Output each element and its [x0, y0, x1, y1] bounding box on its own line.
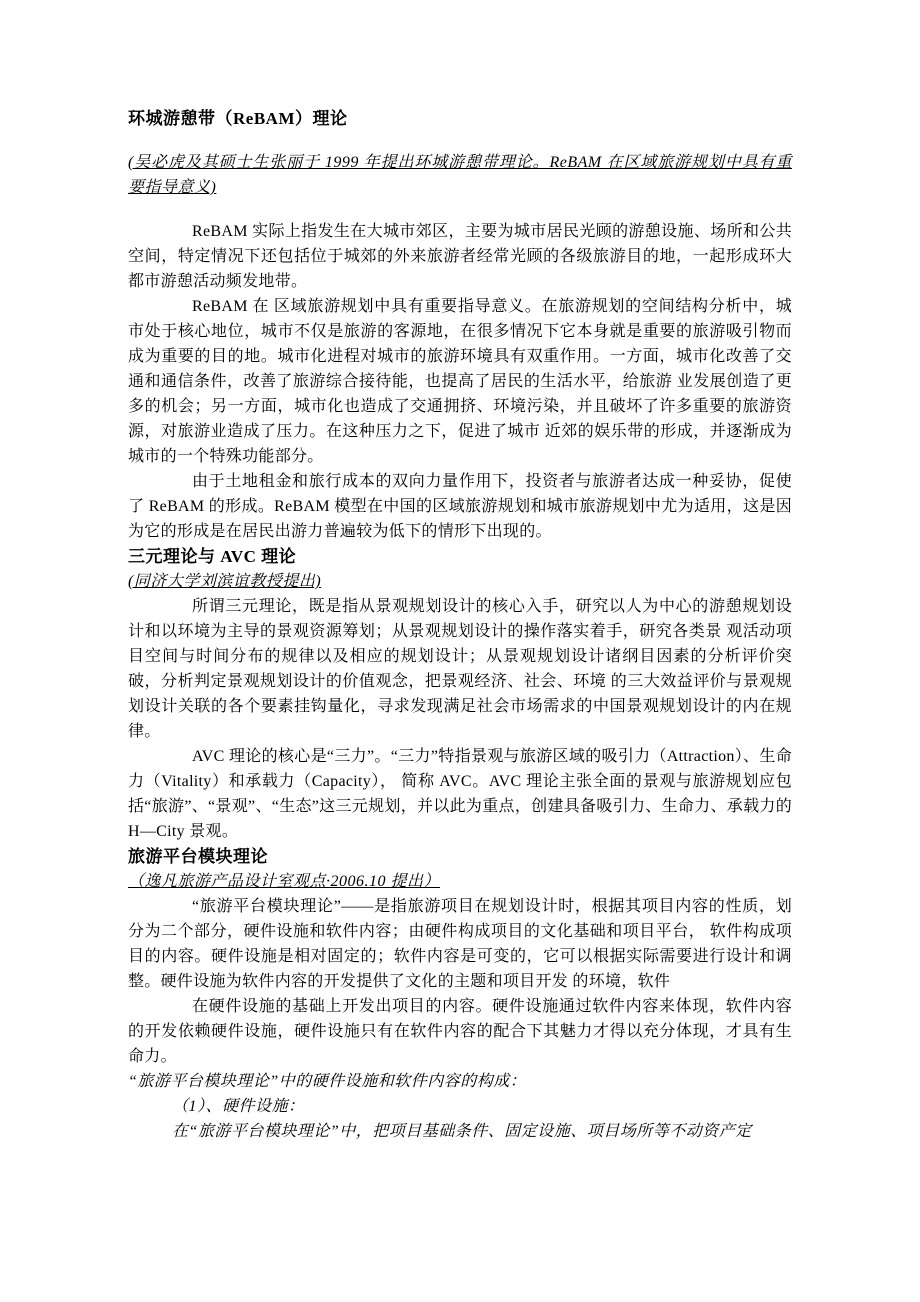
- section-intro-avc: (同济大学刘滨谊教授提出): [128, 569, 792, 594]
- section-intro-platform-module: （逸凡旅游产品设计室观点·2006.10 提出）: [128, 869, 792, 894]
- paragraph-platform-module-definition: “旅游平台模块理论”——是指旅游项目在规划设计时，根据其项目内容的性质，划分为二…: [128, 894, 792, 994]
- paragraph-rebam-formation: 由于土地租金和旅行成本的双向力量作用下，投资者与旅游者达成一种妥协，促使了 Re…: [128, 469, 792, 544]
- paragraph-rebam-planning: ReBAM 在 区域旅游规划中具有重要指导意义。在旅游规划的空间结构分析中，城市…: [128, 294, 792, 469]
- section-intro-rebam: (吴必虎及其硕士生张丽于 1999 年提出环城游憩带理论。ReBAM 在区域旅游…: [128, 150, 792, 200]
- document-page: 环城游憩带（ReBAM）理论 (吴必虎及其硕士生张丽于 1999 年提出环城游憩…: [0, 0, 920, 1302]
- line-item-hardware-facilities: （1）、硬件设施：: [128, 1094, 792, 1119]
- section-heading-platform-module: 旅游平台模块理论: [128, 844, 792, 869]
- line-composition-title: “旅游平台模块理论”中的硬件设施和软件内容的构成：: [128, 1069, 792, 1094]
- section-heading-avc: 三元理论与 AVC 理论: [128, 544, 792, 569]
- paragraph-rebam-definition: ReBAM 实际上指发生在大城市郊区，主要为城市居民光顾的游憩设施、场所和公共空…: [128, 219, 792, 294]
- section-heading-rebam: 环城游憩带（ReBAM）理论: [128, 106, 792, 131]
- paragraph-platform-module-software: 在硬件设施的基础上开发出项目的内容。硬件设施通过软件内容来体现，软件内容的开发依…: [128, 994, 792, 1069]
- paragraph-avc-core: AVC 理论的核心是“三力”。“三力”特指景观与旅游区域的吸引力（Attract…: [128, 744, 792, 844]
- paragraph-ternary-theory: 所谓三元理论，既是指从景观规划设计的核心入手，研究以人为中心的游憩规划设计和以环…: [128, 594, 792, 744]
- line-hardware-description: 在“旅游平台模块理论”中，把项目基础条件、固定设施、项目场所等不动资产定: [128, 1119, 792, 1144]
